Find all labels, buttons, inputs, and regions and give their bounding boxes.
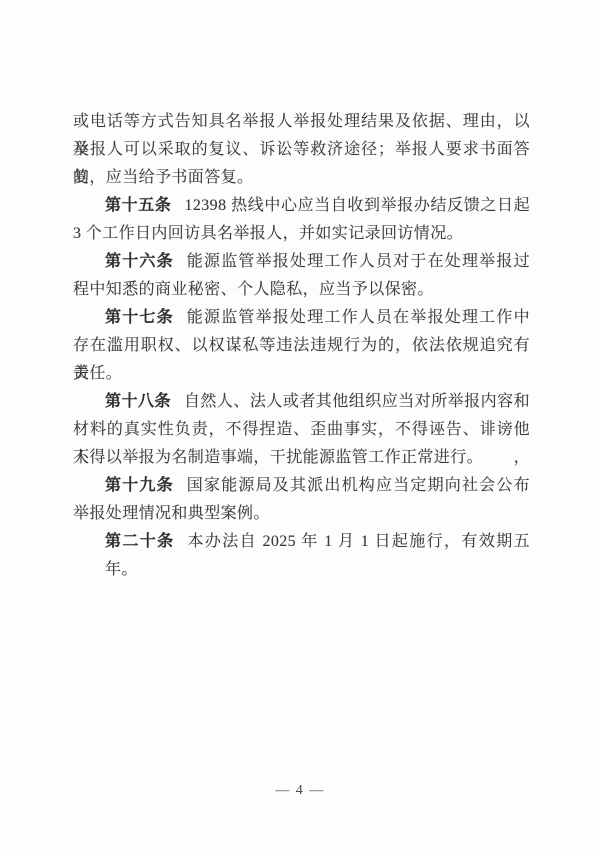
line-text: 12398 热线中心应当自收到举报办结反馈之日起 <box>184 197 530 214</box>
text-line: 3 个工作日内回访具名举报人，并如实记录回访情况。 <box>73 220 530 248</box>
text-line: 程中知悉的商业秘密、个人隐私，应当予以保密。 <box>73 276 530 304</box>
text-line: 存在滥用职权、以权谋私等违法违规行为的，依法依规追究有关 <box>73 332 530 360</box>
line-text: 3 个工作日内回访具名举报人，并如实记录回访情况。 <box>73 225 463 242</box>
line-text: 程中知悉的商业秘密、个人隐私，应当予以保密。 <box>73 281 434 298</box>
page-number: — 4 — <box>0 779 600 803</box>
line-text: 不得以举报为名制造事端，干扰能源监管工作正常进行。 <box>73 449 483 466</box>
text-line: 第十七条能源监管举报处理工作人员在举报处理工作中 <box>73 304 530 332</box>
text-line: 举报处理情况和典型案例。 <box>73 500 530 528</box>
line-text: 自然人、法人或者其他组织应当对所举报内容和 <box>184 393 530 410</box>
line-text: 举报处理情况和典型案例。 <box>73 505 270 522</box>
text-line: 第二十条本办法自 2025 年 1 月 1 日起施行，有效期五年。 <box>73 528 530 556</box>
line-text: 能源监管举报处理工作人员对于在处理举报过 <box>187 253 530 270</box>
line-text: 责任。 <box>73 365 122 382</box>
text-line: 不得以举报为名制造事端，干扰能源监管工作正常进行。 <box>73 444 530 472</box>
text-line: 材料的真实性负责，不得捏造、歪曲事实，不得诬告、诽谤他人， <box>73 416 530 444</box>
text-line: 举报人可以采取的复议、诉讼等救济途径；举报人要求书面答复 <box>73 136 530 164</box>
line-text: 能源监管举报处理工作人员在举报处理工作中 <box>187 309 530 326</box>
line-text: 国家能源局及其派出机构应当定期向社会公布 <box>187 477 530 494</box>
text-line: 第十六条能源监管举报处理工作人员对于在处理举报过 <box>73 248 530 276</box>
text-line: 第十八条自然人、法人或者其他组织应当对所举报内容和 <box>73 388 530 416</box>
document-page: 或电话等方式告知具名举报人举报处理结果及依据、理由，以及举报人可以采取的复议、诉… <box>0 0 600 853</box>
article-number: 第十九条 <box>105 477 174 494</box>
body-text: 或电话等方式告知具名举报人举报处理结果及依据、理由，以及举报人可以采取的复议、诉… <box>73 108 530 556</box>
text-line: 第十九条国家能源局及其派出机构应当定期向社会公布 <box>73 472 530 500</box>
text-line: 第十五条12398 热线中心应当自收到举报办结反馈之日起 <box>73 192 530 220</box>
text-line: 的，应当给予书面答复。 <box>73 164 530 192</box>
article-number: 第十八条 <box>105 393 171 410</box>
article-number: 第二十条 <box>105 533 175 550</box>
text-line: 或电话等方式告知具名举报人举报处理结果及依据、理由，以及 <box>73 108 530 136</box>
text-line: 责任。 <box>73 360 530 388</box>
article-number: 第十六条 <box>105 253 174 270</box>
line-text: 的，应当给予书面答复。 <box>73 169 253 186</box>
article-number: 第十五条 <box>105 197 171 214</box>
article-number: 第十七条 <box>105 309 174 326</box>
